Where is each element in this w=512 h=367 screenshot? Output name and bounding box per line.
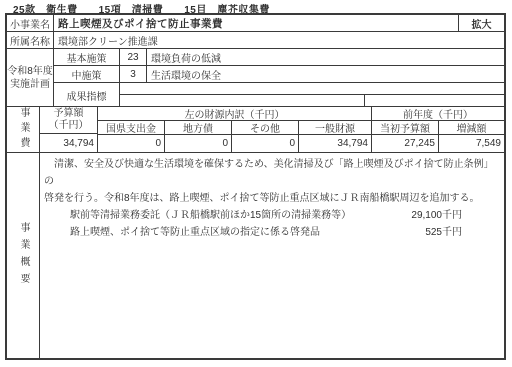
overview-cost-item: 駅前等清掃業務委託（ＪＲ船橋駅前ほか15箇所の清掃業務等） 29,100千円 bbox=[44, 207, 500, 224]
prev-year-group-header: 前年度（千円） bbox=[372, 107, 504, 120]
cost-item-label: 駅前等清掃業務委託（ＪＲ船橋駅前ほか15箇所の清掃業務等） bbox=[44, 207, 351, 224]
outcome-indicator-values bbox=[120, 83, 504, 107]
project-budget-sheet: 小事業名 路上喫煙及びポイ捨て防止事業費 拡大 所属名称 環境部クリーン推進課 … bbox=[5, 13, 506, 360]
value-prev-initial: 27,245 bbox=[372, 135, 439, 152]
project-cost-vertical-label: 事業費 bbox=[7, 107, 40, 152]
budget-amount-header-line2: （千円） bbox=[49, 120, 89, 132]
mid-policy-name: 生活環境の保全 bbox=[147, 66, 504, 82]
department-label: 所属名称 bbox=[7, 32, 54, 48]
department-value: 環境部クリーン推進課 bbox=[54, 32, 504, 48]
mid-policy-number: 3 bbox=[120, 66, 147, 82]
outcome-indicator-row: 成果指標 bbox=[54, 83, 504, 107]
project-cost-section: 事業費 予算額 （千円） 34,794 左の財源内訳（千円） 前年度（千円） 国… bbox=[7, 107, 504, 153]
fiscal-year-line1: 令和8年度 bbox=[7, 65, 53, 78]
implementation-plan-section: 令和8年度 実施計画 基本施策 23 環境負荷の低減 中施策 3 生活環境の保全… bbox=[7, 49, 504, 107]
expand-badge: 拡大 bbox=[459, 15, 504, 31]
department-row: 所属名称 環境部クリーン推進課 bbox=[7, 32, 504, 49]
project-name-label: 小事業名 bbox=[7, 15, 54, 31]
project-overview-text: 清潔、安全及び快適な生活環境を確保するため、美化清掃及び「路上喫煙及びポイ捨て防… bbox=[40, 153, 504, 358]
mid-policy-row: 中施策 3 生活環境の保全 bbox=[54, 66, 504, 83]
overview-paragraph-line1: 清潔、安全及び快適な生活環境を確保するため、美化清掃及び「路上喫煙及びポイ捨て防… bbox=[44, 156, 500, 190]
basic-policy-label: 基本施策 bbox=[54, 49, 120, 65]
funding-source-group-header: 左の財源内訳（千円） bbox=[98, 107, 372, 120]
project-cost-vertical-text: 事業費 bbox=[18, 107, 28, 152]
project-name-row: 小事業名 路上喫煙及びポイ捨て防止事業費 拡大 bbox=[7, 15, 504, 32]
value-national-pref: 0 bbox=[98, 135, 165, 152]
budget-group-header-row: 左の財源内訳（千円） 前年度（千円） bbox=[98, 107, 504, 121]
value-local-bond: 0 bbox=[165, 135, 232, 152]
budget-amount-value: 34,794 bbox=[40, 134, 98, 152]
mid-policy-label: 中施策 bbox=[54, 66, 120, 82]
col-header-local-bond: 地方債 bbox=[165, 121, 232, 134]
fiscal-year-line2: 実施計画 bbox=[10, 78, 50, 91]
overview-cost-item: 路上喫煙、ポイ捨て等防止重点区域の指定に係る啓発品 525千円 bbox=[44, 224, 500, 241]
budget-detail-columns: 左の財源内訳（千円） 前年度（千円） 国県支出金 地方債 その他 一般財源 当初… bbox=[98, 107, 504, 152]
col-header-delta: 増減額 bbox=[439, 121, 504, 134]
basic-policy-name: 環境負荷の低減 bbox=[147, 49, 504, 65]
cost-item-amount: 525千円 bbox=[425, 224, 500, 241]
project-overview-vertical-label: 事業概要 bbox=[7, 153, 40, 358]
outcome-indicator-label: 成果指標 bbox=[54, 83, 120, 107]
budget-sheet-page: { "page": { "classification_line": "25款 … bbox=[0, 0, 512, 367]
budget-amount-header: 予算額 （千円） bbox=[40, 107, 98, 134]
project-name-value: 路上喫煙及びポイ捨て防止事業費 bbox=[54, 15, 459, 31]
outcome-value-bottom-row bbox=[120, 95, 504, 107]
budget-amount-header-line1: 予算額 bbox=[54, 108, 84, 120]
overview-paragraph-line2: 啓発を行う。令和8年度は、路上喫煙、ポイ捨て等防止重点区域にＪＲ南船橋駅周辺を追… bbox=[44, 190, 500, 207]
outcome-value-right bbox=[365, 95, 504, 107]
value-other: 0 bbox=[232, 135, 299, 152]
outcome-value-top bbox=[120, 83, 504, 94]
budget-amount-column: 予算額 （千円） 34,794 bbox=[40, 107, 98, 152]
value-delta: 7,549 bbox=[439, 135, 504, 152]
fiscal-year-plan-label: 令和8年度 実施計画 bbox=[7, 49, 54, 106]
cost-item-label: 路上喫煙、ポイ捨て等防止重点区域の指定に係る啓発品 bbox=[44, 224, 320, 241]
value-general-fund: 34,794 bbox=[299, 135, 372, 152]
col-header-prev-initial: 当初予算額 bbox=[372, 121, 439, 134]
col-header-general-fund: 一般財源 bbox=[299, 121, 372, 134]
outcome-value-top-row bbox=[120, 83, 504, 95]
plan-rows: 基本施策 23 環境負荷の低減 中施策 3 生活環境の保全 成果指標 bbox=[54, 49, 504, 106]
col-header-national-pref: 国県支出金 bbox=[98, 121, 165, 134]
budget-value-row: 0 0 0 34,794 27,245 7,549 bbox=[98, 135, 504, 152]
budget-column-header-row: 国県支出金 地方債 その他 一般財源 当初予算額 増減額 bbox=[98, 121, 504, 135]
basic-policy-number: 23 bbox=[120, 49, 147, 65]
project-overview-section: 事業概要 清潔、安全及び快適な生活環境を確保するため、美化清掃及び「路上喫煙及び… bbox=[7, 153, 504, 358]
col-header-other: その他 bbox=[232, 121, 299, 134]
cost-item-amount: 29,100千円 bbox=[411, 207, 500, 224]
outcome-value-left bbox=[120, 95, 365, 107]
basic-policy-row: 基本施策 23 環境負荷の低減 bbox=[54, 49, 504, 66]
project-overview-vertical-text: 事業概要 bbox=[18, 222, 28, 290]
